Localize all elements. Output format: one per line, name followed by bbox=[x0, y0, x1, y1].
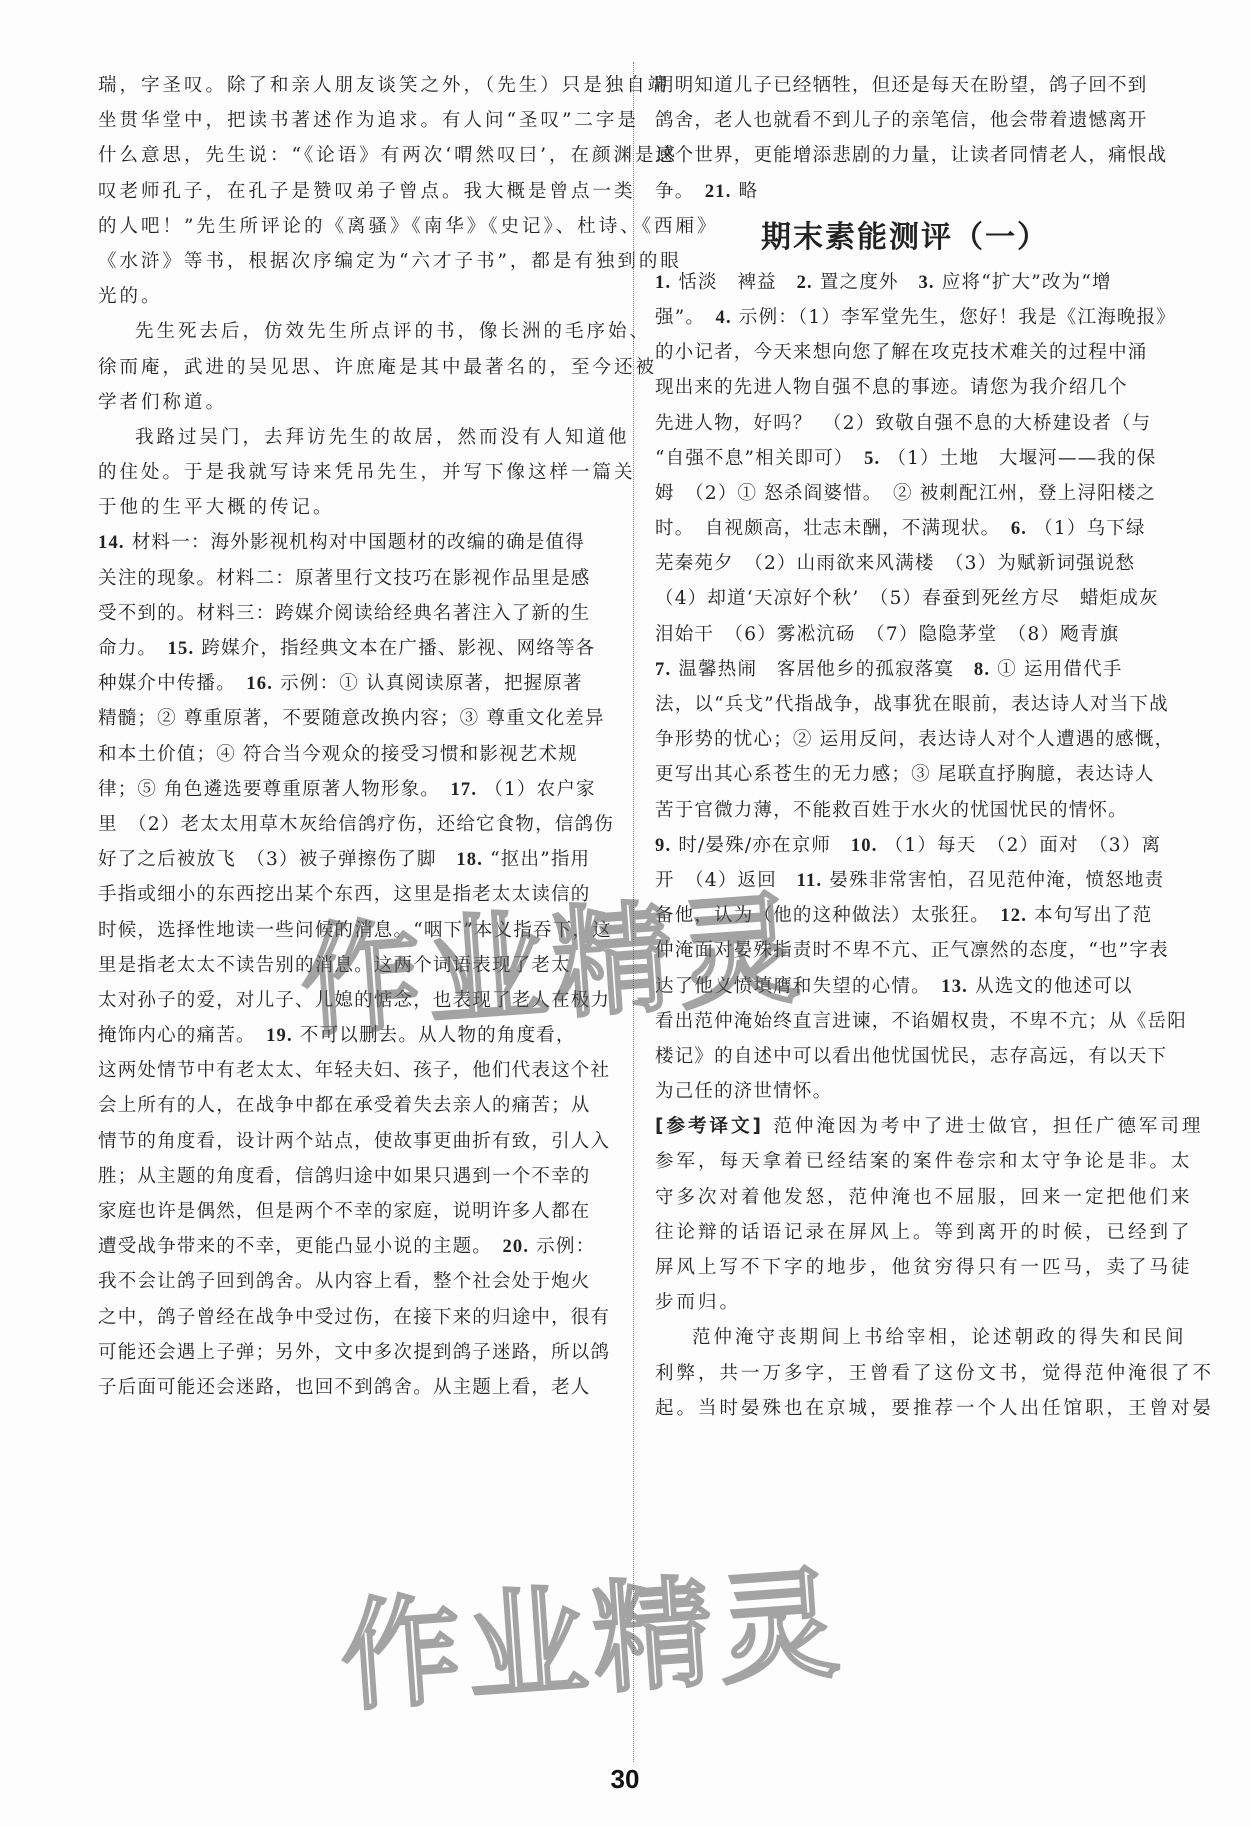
answer-text: “抠出”指用 bbox=[483, 849, 590, 870]
question-number: 20. bbox=[502, 1237, 529, 1257]
answer-text: 的住处。于是我就写诗来凭吊先生，并写下像这样一篇关 bbox=[98, 462, 636, 483]
text-line: （4）却道‘天凉好个秋’ （5）春蚕到死丝方尽 蜡炬成灰 bbox=[655, 581, 1155, 616]
text-line: 鸽舍，老人也就看不到儿子的亲笔信，他会带着遗憾离开 bbox=[655, 103, 1155, 138]
translation-text: 利弊，共一万多字，王曾看了这份文书，觉得范仲淹很了不 bbox=[655, 1363, 1214, 1384]
answer-text: 情节的角度看，设计两个站点，使故事更曲折有致，引人入 bbox=[98, 1131, 610, 1152]
answer-text: 应将“扩大”改为“增 bbox=[935, 272, 1112, 293]
text-line: 苦于官微力薄，不能救百姓于水火的忧国忧民的情怀。 bbox=[655, 793, 1155, 828]
text-line: 学者们称道。 bbox=[98, 385, 610, 420]
answer-text: 里 （2）老太太用草木灰给信鸽疗伤，还给它食物，信鸽伤 bbox=[98, 814, 614, 835]
question-number: 10. bbox=[851, 836, 878, 856]
answer-text: 手指或细小的东西挖出某个东西，这里是指老太太读信的 bbox=[98, 884, 591, 905]
answer-text: 坐贯华堂中，把读书著述作为追求。有人问“圣叹”二字是 bbox=[98, 110, 639, 131]
text-line: 胜；从主题的角度看，信鸽归途中如果只遇到一个不幸的 bbox=[98, 1159, 610, 1194]
translation-text: 起。当时晏殊也在京城，要推荐一个人出任馆职，王曾对晏 bbox=[655, 1398, 1214, 1419]
text-line: 律；⑤ 角色遴选要尊重原著人物形象。 17. （1）农户家 bbox=[98, 772, 610, 807]
text-line: 精髓；② 尊重原著，不要随意改换内容；③ 尊重文化差异 bbox=[98, 701, 610, 736]
text-line: 的住处。于是我就写诗来凭吊先生，并写下像这样一篇关 bbox=[98, 455, 610, 490]
answer-text: 先生死去后，仿效先生所点评的书，像长洲的毛序始、 bbox=[135, 321, 651, 342]
text-line: 和本土价值；④ 符合当今观众的接受习惯和影视艺术规 bbox=[98, 737, 610, 772]
answer-text: 明明知道儿子已经牺牲，但还是每天在盼望，鸽子回不到 bbox=[655, 75, 1148, 96]
answer-text: （4）却道‘天凉好个秋’ （5）春蚕到死丝方尽 蜡炬成灰 bbox=[655, 588, 1159, 609]
translation-line: 往论辩的话语记录在屏风上。等到离开的时候，已经到了 bbox=[655, 1215, 1155, 1250]
text-line: 于他的生平大概的传记。 bbox=[98, 490, 610, 525]
text-line: 受不到的。材料三：跨媒介阅读给经典名著注入了新的生 bbox=[98, 596, 610, 631]
text-line: 的人吧！”先生所评论的《离骚》《南华》《史记》、杜诗、《西厢》 bbox=[98, 209, 610, 244]
answer-text: 时/晏殊/亦在京师 bbox=[671, 835, 851, 856]
question-number: 18. bbox=[456, 850, 483, 870]
answer-text: 恬淡 裨益 bbox=[671, 272, 796, 293]
text-line: 掩饰内心的痛苦。 19. 不可以删去。从人物的角度看， bbox=[98, 1018, 610, 1053]
answer-text: 达了他义愤填膺和失望的心情。 bbox=[655, 976, 941, 997]
question-number: 4. bbox=[716, 308, 732, 328]
text-line: 里 （2）老太太用草木灰给信鸽疗伤，还给它食物，信鸽伤 bbox=[98, 807, 610, 842]
text-line: 达了他义愤填膺和失望的心情。 13. 从选文的他述可以 bbox=[655, 969, 1155, 1004]
text-line: 争。 21. 略 bbox=[655, 174, 1155, 209]
text-line: 瑞，字圣叹。除了和亲人朋友谈笑之外，（先生）只是独自端 bbox=[98, 68, 610, 103]
watermark: 作业精灵 bbox=[335, 1528, 850, 1735]
answer-text: 示例：（1）李军堂先生，您好！我是《江海晚报》 bbox=[732, 307, 1176, 328]
answer-text: 芜秦苑夕 （2）山雨欲来风满楼 （3）为赋新词强说愁 bbox=[655, 553, 1135, 574]
translation-text: 范仲淹因为考中了进士做官，担任广德军司理 bbox=[773, 1116, 1203, 1137]
column-divider bbox=[633, 62, 634, 1762]
text-line: 明明知道儿子已经牺牲，但还是每天在盼望，鸽子回不到 bbox=[655, 68, 1155, 103]
answer-text: 鸽舍，老人也就看不到儿子的亲笔信，他会带着遗憾离开 bbox=[655, 110, 1148, 131]
question-number: 16. bbox=[246, 674, 273, 694]
answer-text: 姆 （2）① 怒杀阎婆惜。 ② 被刺配江州，登上浔阳楼之 bbox=[655, 483, 1156, 504]
translation-text: 守多次对着他发怒，范仲淹也不屈服，回来一定把他们来 bbox=[655, 1187, 1193, 1208]
text-line: 开 （4）返回 11. 晏殊非常害怕，召见范仲淹，愤怒地责 bbox=[655, 863, 1155, 898]
text-line: 会上所有的人，在战争中都在承受着失去亲人的痛苦；从 bbox=[98, 1088, 610, 1123]
answer-text: （1）农户家 bbox=[477, 779, 596, 800]
translation-text: 范仲淹守丧期间上书给宰相，论述朝政的得失和民间 bbox=[692, 1327, 1187, 1348]
text-line: 遭受战争带来的不幸，更能凸显小说的主题。 20. 示例： bbox=[98, 1229, 610, 1264]
answer-text: （1）土地 大堰河——我的保 bbox=[880, 448, 1156, 469]
answer-text: 家庭也许是偶然，但是两个不幸的家庭，说明许多人都在 bbox=[98, 1201, 591, 1222]
question-number: 2. bbox=[797, 273, 813, 293]
answer-text: 不可以删去。从人物的角度看， bbox=[293, 1025, 576, 1046]
page-number: 30 bbox=[0, 1764, 1250, 1795]
answer-text: 这个世界，更能增添悲剧的力量，让读者同情老人，痛恨战 bbox=[655, 145, 1167, 166]
question-number: 3. bbox=[918, 273, 934, 293]
question-number: 21. bbox=[705, 182, 732, 202]
answer-text: 徐而庵，武进的吴见思、许庶庵是其中最著名的，至今还被 bbox=[98, 357, 657, 378]
text-line: 之中，鸽子曾经在战争中受过伤，在接下来的归途中，很有 bbox=[98, 1300, 610, 1335]
text-line: 好了之后被放飞 （3）被子弹擦伤了脚 18. “抠出”指用 bbox=[98, 842, 610, 877]
question-number: 9. bbox=[655, 836, 671, 856]
text-line: 7. 温馨热闹 客居他乡的孤寂落寞 8. ① 运用借代手 bbox=[655, 652, 1155, 687]
text-line: 时。 自视颇高，壮志未酬，不满现状。 6. （1）乌下绿 bbox=[655, 511, 1155, 546]
text-line: 先进人物，好吗？ （2）致敬自强不息的大桥建设者（与 bbox=[655, 406, 1155, 441]
answer-text: 种媒介中传播。 bbox=[98, 673, 246, 694]
text-line: 徐而庵，武进的吴见思、许庶庵是其中最著名的，至今还被 bbox=[98, 350, 610, 385]
text-line: 强”。 4. 示例：（1）李军堂先生，您好！我是《江海晚报》 bbox=[655, 300, 1155, 335]
text-line: 情节的角度看，设计两个站点，使故事更曲折有致，引人入 bbox=[98, 1124, 610, 1159]
text-line: 这个世界，更能增添悲剧的力量，让读者同情老人，痛恨战 bbox=[655, 138, 1155, 173]
answer-text: 苦于官微力薄，不能救百姓于水火的忧国忧民的情怀。 bbox=[655, 800, 1128, 821]
question-number: 8. bbox=[974, 660, 990, 680]
answer-text: 可能还会遇上子弹；另外，文中多次提到鸽子迷路，所以鸽 bbox=[98, 1342, 610, 1363]
answer-text: 关注的现象。材料二：原著里行文技巧在影视作品里是感 bbox=[98, 568, 591, 589]
reference-translation: [参考译文] 范仲淹因为考中了进士做官，担任广德军司理参军，每天拿着已经结案的案… bbox=[655, 1109, 1155, 1426]
text-line: 可能还会遇上子弹；另外，文中多次提到鸽子迷路，所以鸽 bbox=[98, 1335, 610, 1370]
translation-text: 屏风上写不下字的地步，他贫穷得只有一匹马，卖了马徒 bbox=[655, 1257, 1193, 1278]
answer-text: 命力。 bbox=[98, 638, 168, 659]
translation-line: 步而归。 bbox=[655, 1285, 1155, 1320]
text-line: 为己任的济世情怀。 bbox=[655, 1074, 1155, 1109]
text-line: 《水浒》等书，根据次序编定为“六才子书”，都是有独到的眼 bbox=[98, 244, 610, 279]
text-line: 1. 恬淡 裨益 2. 置之度外 3. 应将“扩大”改为“增 bbox=[655, 265, 1155, 300]
translation-line: 屏风上写不下字的地步，他贫穷得只有一匹马，卖了马徒 bbox=[655, 1250, 1155, 1285]
text-line: 我路过吴门，去拜访先生的故居，然而没有人知道他 bbox=[98, 420, 610, 455]
answer-text: “自强不息”相关即可） bbox=[655, 448, 864, 469]
question-number: 11. bbox=[797, 871, 823, 891]
section-title: 期末素能测评（一） bbox=[655, 211, 1155, 265]
answer-text: 争。 bbox=[655, 181, 705, 202]
answer-text: 之中，鸽子曾经在战争中受过伤，在接下来的归途中，很有 bbox=[98, 1307, 610, 1328]
answer-text: 里是指老太太不读告别的消息。这两个词语表现了老太 bbox=[98, 955, 571, 976]
text-line: 争形势的忧心；② 运用反问，表达诗人对个人遭遇的感慨， bbox=[655, 722, 1155, 757]
text-line: 太对孙子的爱，对儿子、儿媳的惦念，也表现了老人在极力 bbox=[98, 983, 610, 1018]
translation-text: 往论辩的话语记录在屏风上。等到离开的时候，已经到了 bbox=[655, 1222, 1193, 1243]
answer-text: 时。 自视颇高，壮志未酬，不满现状。 bbox=[655, 518, 1011, 539]
question-number: 17. bbox=[450, 780, 477, 800]
answer-text: 律；⑤ 角色遴选要尊重原著人物形象。 bbox=[98, 779, 450, 800]
text-line: 关注的现象。材料二：原著里行文技巧在影视作品里是感 bbox=[98, 561, 610, 596]
answer-text: 好了之后被放飞 （3）被子弹擦伤了脚 bbox=[98, 849, 456, 870]
answer-text: 晏殊非常害怕，召见范仲淹，愤怒地责 bbox=[822, 870, 1164, 891]
answer-text: 什么意思，先生说：“《论语》有两次‘喟然叹曰’，在颜渊是感 bbox=[98, 145, 678, 166]
answer-text: 本句写出了范 bbox=[1027, 905, 1152, 926]
answer-text: 为己任的济世情怀。 bbox=[655, 1081, 832, 1102]
translation-text: 步而归。 bbox=[655, 1292, 741, 1313]
translation-line: 守多次对着他发怒，范仲淹也不屈服，回来一定把他们来 bbox=[655, 1180, 1155, 1215]
previous-answers-continued: 明明知道儿子已经牺牲，但还是每天在盼望，鸽子回不到鸽舍，老人也就看不到儿子的亲笔… bbox=[655, 68, 1155, 209]
answer-text: 示例：① 认真阅读原著，把握原著 bbox=[273, 673, 583, 694]
text-line: 备他，认为（他的这种做法）太张狂。 12. 本句写出了范 bbox=[655, 898, 1155, 933]
answer-text: 的人吧！”先生所评论的《离骚》《南华》《史记》、杜诗、《西厢》 bbox=[98, 216, 718, 237]
text-line: 时候，选择性地读一些问候的消息。“咽下”本义指吞下，这 bbox=[98, 913, 610, 948]
translation-line: 起。当时晏殊也在京城，要推荐一个人出任馆职，王曾对晏 bbox=[655, 1391, 1155, 1426]
question-number: 5. bbox=[864, 449, 880, 469]
answer-key-page: 瑞，字圣叹。除了和亲人朋友谈笑之外，（先生）只是独自端坐贯华堂中，把读书著述作为… bbox=[0, 0, 1250, 1827]
answer-text: 略 bbox=[732, 181, 759, 202]
answer-text: 楼记》的自述中可以看出他忧国忧民，志存高远，有以天下 bbox=[655, 1046, 1167, 1067]
question-number: 14. bbox=[98, 533, 125, 553]
text-line: 种媒介中传播。 16. 示例：① 认真阅读原著，把握原著 bbox=[98, 666, 610, 701]
answer-text: 跨媒介，指经典文本在广播、影视、网络等各 bbox=[194, 638, 595, 659]
answer-text: 强”。 bbox=[655, 307, 716, 328]
answer-text: 先进人物，好吗？ （2）致敬自强不息的大桥建设者（与 bbox=[655, 413, 1151, 434]
translation-line: 利弊，共一万多字，王曾看了这份文书，觉得范仲淹很了不 bbox=[655, 1356, 1155, 1391]
question-number: 15. bbox=[168, 639, 195, 659]
answer-text: ① 运用借代手 bbox=[990, 659, 1122, 680]
answer-text: 遭受战争带来的不幸，更能凸显小说的主题。 bbox=[98, 1236, 502, 1257]
translation-line: 范仲淹守丧期间上书给宰相，论述朝政的得失和民间 bbox=[655, 1320, 1155, 1355]
answer-text: 《水浒》等书，根据次序编定为“六才子书”，都是有独到的眼 bbox=[98, 251, 682, 272]
text-line: 楼记》的自述中可以看出他忧国忧民，志存高远，有以天下 bbox=[655, 1039, 1155, 1074]
text-line: “自强不息”相关即可） 5. （1）土地 大堰河——我的保 bbox=[655, 441, 1155, 476]
final-assessment-answers: 1. 恬淡 裨益 2. 置之度外 3. 应将“扩大”改为“增强”。 4. 示例：… bbox=[655, 265, 1155, 1110]
answer-text: 法，以“兵戈”代指战争，战事犹在眼前，表达诗人对当下战 bbox=[655, 694, 1169, 715]
question-number: 19. bbox=[266, 1026, 293, 1046]
answer-text: 子后面可能还会迷路，也回不到鸽舍。从主题上看，老人 bbox=[98, 1377, 591, 1398]
answer-text: 受不到的。材料三：跨媒介阅读给经典名著注入了新的生 bbox=[98, 603, 591, 624]
answer-text: 争形势的忧心；② 运用反问，表达诗人对个人遭遇的感慨， bbox=[655, 729, 1174, 750]
text-line: 看出范仲淹始终直言进谏，不谄媚权贵，不卑不亢；从《岳阳 bbox=[655, 1004, 1155, 1039]
answer-text: 学者们称道。 bbox=[98, 392, 227, 413]
answer-text: 胜；从主题的角度看，信鸽归途中如果只遇到一个不幸的 bbox=[98, 1166, 591, 1187]
text-line: 命力。 15. 跨媒介，指经典文本在广播、影视、网络等各 bbox=[98, 631, 610, 666]
text-line: 光的。 bbox=[98, 279, 610, 314]
right-column: 明明知道儿子已经牺牲，但还是每天在盼望，鸽子回不到鸽舍，老人也就看不到儿子的亲笔… bbox=[655, 68, 1155, 1426]
text-line: 坐贯华堂中，把读书著述作为追求。有人问“圣叹”二字是 bbox=[98, 103, 610, 138]
answer-text: 瑞，字圣叹。除了和亲人朋友谈笑之外，（先生）只是独自端 bbox=[98, 75, 669, 96]
text-line: 子后面可能还会迷路，也回不到鸽舍。从主题上看，老人 bbox=[98, 1370, 610, 1405]
answer-text: 置之度外 bbox=[813, 272, 919, 293]
text-line: 泪始干 （6）雾凇沆砀 （7）隐隐茅堂 （8）飏青旗 bbox=[655, 617, 1155, 652]
translation-tag: [参考译文] bbox=[655, 1116, 773, 1137]
text-line: 仲淹面对晏殊指责时不卑不亢、正气凛然的态度，“也”字表 bbox=[655, 933, 1155, 968]
translation-line: 参军，每天拿着已经结案的案件卷宗和太守争论是非。太 bbox=[655, 1144, 1155, 1179]
answer-text: 更写出其心系苍生的无力感；③ 尾联直抒胸臆，表达诗人 bbox=[655, 764, 1155, 785]
text-line: 更写出其心系苍生的无力感；③ 尾联直抒胸臆，表达诗人 bbox=[655, 757, 1155, 792]
answer-text: 仲淹面对晏殊指责时不卑不亢、正气凛然的态度，“也”字表 bbox=[655, 940, 1169, 961]
answer-text: 开 （4）返回 bbox=[655, 870, 797, 891]
answer-text: 现出来的先进人物自强不息的事迹。请您为我介绍几个 bbox=[655, 377, 1128, 398]
answer-text: 于他的生平大概的传记。 bbox=[98, 497, 335, 518]
answer-text: 精髓；② 尊重原著，不要随意改换内容；③ 尊重文化差异 bbox=[98, 708, 605, 729]
answer-text: 我路过吴门，去拜访先生的故居，然而没有人知道他 bbox=[135, 427, 630, 448]
question-number: 13. bbox=[941, 977, 968, 997]
text-line: 手指或细小的东西挖出某个东西，这里是指老太太读信的 bbox=[98, 877, 610, 912]
text-line: 14. 材料一：海外影视机构对中国题材的改编的确是值得 bbox=[98, 525, 610, 560]
answer-text: 和本土价值；④ 符合当今观众的接受习惯和影视艺术规 bbox=[98, 744, 578, 765]
answer-text: （1）乌下绿 bbox=[1027, 518, 1146, 539]
text-line: 什么意思，先生说：“《论语》有两次‘喟然叹曰’，在颜渊是感 bbox=[98, 138, 610, 173]
answer-text: 光的。 bbox=[98, 286, 163, 307]
text-line: 姆 （2）① 怒杀阎婆惜。 ② 被刺配江州，登上浔阳楼之 bbox=[655, 476, 1155, 511]
answer-text: 看出范仲淹始终直言进谏，不谄媚权贵，不卑不亢；从《岳阳 bbox=[655, 1011, 1187, 1032]
answer-text: 温馨热闹 客居他乡的孤寂落寞 bbox=[671, 659, 974, 680]
text-line: 家庭也许是偶然，但是两个不幸的家庭，说明许多人都在 bbox=[98, 1194, 610, 1229]
text-line: 芜秦苑夕 （2）山雨欲来风满楼 （3）为赋新词强说愁 bbox=[655, 546, 1155, 581]
text-line: 法，以“兵戈”代指战争，战事犹在眼前，表达诗人对当下战 bbox=[655, 687, 1155, 722]
answer-text: 示例： bbox=[529, 1236, 595, 1257]
translation-line: [参考译文] 范仲淹因为考中了进士做官，担任广德军司理 bbox=[655, 1109, 1155, 1144]
answer-text: 的小记者，今天来想向您了解在攻克技术难关的过程中涌 bbox=[655, 342, 1148, 363]
answer-text: 叹老师孔子，在孔子是赞叹弟子曾点。我大概是曾点一类 bbox=[98, 181, 636, 202]
text-line: 我不会让鸽子回到鸽舍。从内容上看，整个社会处于炮火 bbox=[98, 1264, 610, 1299]
text-line: 叹老师孔子，在孔子是赞叹弟子曾点。我大概是曾点一类 bbox=[98, 174, 610, 209]
text-line: 9. 时/晏殊/亦在京师 10. （1）每天 （2）面对 （3）离 bbox=[655, 828, 1155, 863]
text-line: 现出来的先进人物自强不息的事迹。请您为我介绍几个 bbox=[655, 370, 1155, 405]
text-line: 这两处情节中有老太太、年轻夫妇、孩子，他们代表这个社 bbox=[98, 1053, 610, 1088]
answer-text: 我不会让鸽子回到鸽舍。从内容上看，整个社会处于炮火 bbox=[98, 1271, 591, 1292]
answer-text: 这两处情节中有老太太、年轻夫妇、孩子，他们代表这个社 bbox=[98, 1060, 610, 1081]
answer-text: （1）每天 （2）面对 （3）离 bbox=[878, 835, 1162, 856]
text-line: 先生死去后，仿效先生所点评的书，像长洲的毛序始、 bbox=[98, 314, 610, 349]
answer-text: 时候，选择性地读一些问候的消息。“咽下”本义指吞下，这 bbox=[98, 920, 612, 941]
translation-text: 参军，每天拿着已经结案的案件卷宗和太守争论是非。太 bbox=[655, 1151, 1193, 1172]
answer-text: 材料一：海外影视机构对中国题材的改编的确是值得 bbox=[125, 532, 585, 553]
question-number: 7. bbox=[655, 660, 671, 680]
question-number: 12. bbox=[1000, 906, 1027, 926]
answer-text: 太对孙子的爱，对儿子、儿媳的惦念，也表现了老人在极力 bbox=[98, 990, 610, 1011]
text-line: 的小记者，今天来想向您了解在攻克技术难关的过程中涌 bbox=[655, 335, 1155, 370]
answer-text: 备他，认为（他的这种做法）太张狂。 bbox=[655, 905, 1000, 926]
question-number: 6. bbox=[1011, 519, 1027, 539]
answer-text: 泪始干 （6）雾凇沆砀 （7）隐隐茅堂 （8）飏青旗 bbox=[655, 624, 1119, 645]
answer-text: 从选文的他述可以 bbox=[968, 976, 1133, 997]
text-line: 里是指老太太不读告别的消息。这两个词语表现了老太 bbox=[98, 948, 610, 983]
answer-text: 掩饰内心的痛苦。 bbox=[98, 1025, 266, 1046]
left-column: 瑞，字圣叹。除了和亲人朋友谈笑之外，（先生）只是独自端坐贯华堂中，把读书著述作为… bbox=[98, 68, 610, 1405]
answer-text: 会上所有的人，在战争中都在承受着失去亲人的痛苦；从 bbox=[98, 1095, 591, 1116]
question-number: 1. bbox=[655, 273, 671, 293]
